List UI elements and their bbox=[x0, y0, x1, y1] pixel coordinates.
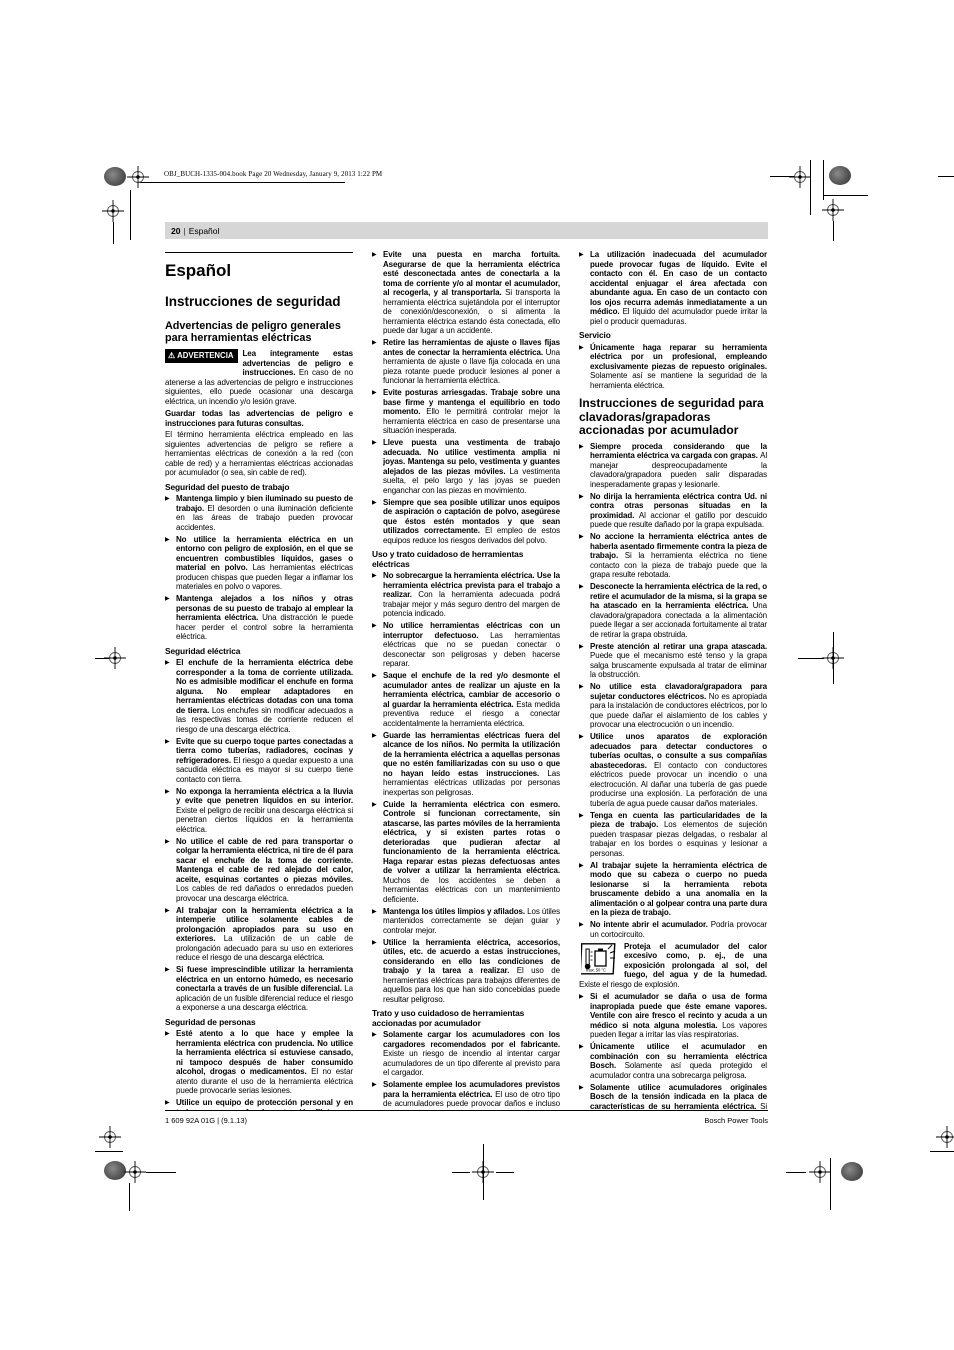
paragraph-heading: Seguridad eléctrica bbox=[165, 647, 353, 657]
section-title: Instrucciones de seguridad para clavador… bbox=[579, 397, 767, 438]
book-header-rule bbox=[137, 182, 345, 183]
bullet-triangle-icon: ▶ bbox=[165, 658, 170, 668]
safety-bullet: ▶Guarde las herramientas eléctricas fuer… bbox=[372, 731, 560, 798]
safety-bullet: ▶Evite que su cuerpo toque partes conect… bbox=[165, 737, 353, 785]
crop-mark bbox=[930, 1151, 954, 1152]
crop-mark bbox=[452, 1172, 470, 1173]
safety-bullet: ▶No utilice el cable de red para transpo… bbox=[165, 837, 353, 904]
svg-text:max. 50 °C: max. 50 °C bbox=[586, 967, 606, 972]
bullet-triangle-icon: ▶ bbox=[165, 906, 170, 916]
bullet-triangle-icon: ▶ bbox=[165, 737, 170, 747]
safety-bullet: ▶No utilice esta clavadora/grapadora par… bbox=[579, 682, 767, 730]
warning-paragraph: ⚠ADVERTENCIALea íntegramente estas adver… bbox=[165, 349, 353, 406]
section-title: Instrucciones de seguridad bbox=[165, 294, 353, 309]
safety-bullet: ▶Retire las herramientas de ajuste o lla… bbox=[372, 338, 560, 386]
page-language: Español bbox=[189, 226, 220, 236]
manual-page: OBJ_BUCH-1335-004.book Page 20 Wednesday… bbox=[0, 0, 954, 1350]
crop-mark bbox=[824, 195, 868, 196]
safety-bullet: ▶Mantenga los útiles limpios y afilados.… bbox=[372, 907, 560, 936]
safety-bullet: ▶Utilice la herramienta eléctrica, acces… bbox=[372, 938, 560, 1005]
registration-target-icon bbox=[99, 1126, 121, 1148]
bullet-triangle-icon: ▶ bbox=[165, 535, 170, 545]
safety-bullet: ▶Únicamente haga reparar su herramienta … bbox=[579, 343, 767, 391]
battery-heat-warning-icon: max. 50 °C bbox=[581, 943, 619, 978]
color-control-blob-icon bbox=[104, 167, 126, 186]
column-left: EspañolInstrucciones de seguridadAdverte… bbox=[165, 250, 353, 1110]
bullet-triangle-icon: ▶ bbox=[165, 494, 170, 504]
safety-bullet: ▶El enchufe de la herramienta eléctrica … bbox=[165, 658, 353, 734]
battery-warning-paragraph: max. 50 °C Proteja el acumulador del cal… bbox=[579, 942, 767, 990]
paragraph-heading: Servicio bbox=[579, 331, 767, 341]
bullet-triangle-icon: ▶ bbox=[579, 642, 584, 652]
crop-mark bbox=[95, 1151, 123, 1152]
bullet-triangle-icon: ▶ bbox=[579, 442, 584, 452]
bullet-triangle-icon: ▶ bbox=[579, 492, 584, 502]
bullet-triangle-icon: ▶ bbox=[372, 671, 377, 681]
column-middle: ▶Evite una puesta en marcha fortuita. As… bbox=[372, 250, 560, 1110]
bullet-triangle-icon: ▶ bbox=[372, 388, 377, 398]
crop-mark bbox=[833, 221, 834, 241]
bullet-triangle-icon: ▶ bbox=[372, 498, 377, 508]
safety-bullet: ▶La utilización inadecuada del acumulado… bbox=[579, 250, 767, 326]
safety-bullet: ▶Esté atento a lo que hace y emplee la h… bbox=[165, 1029, 353, 1096]
registration-target-icon bbox=[936, 1126, 954, 1148]
safety-bullet: ▶Si fuese imprescindible utilizar la her… bbox=[165, 965, 353, 1013]
safety-bullet: ▶No sobrecargue la herramienta eléctrica… bbox=[372, 571, 560, 619]
registration-target-icon bbox=[102, 200, 124, 222]
crop-mark bbox=[833, 632, 834, 684]
bullet-triangle-icon: ▶ bbox=[372, 250, 377, 260]
color-control-blob-icon bbox=[829, 166, 851, 185]
bullet-triangle-icon: ▶ bbox=[372, 907, 377, 917]
subsection-title: Advertencias de peligro generales para h… bbox=[165, 320, 353, 344]
safety-bullet: ▶Utilice un equipo de protección persona… bbox=[165, 1098, 353, 1110]
bullet-triangle-icon: ▶ bbox=[165, 1098, 170, 1108]
crop-mark bbox=[810, 160, 811, 215]
color-control-blob-icon bbox=[841, 1162, 863, 1181]
registration-target-icon bbox=[124, 1161, 146, 1183]
bullet-triangle-icon: ▶ bbox=[579, 1042, 584, 1052]
bullet-triangle-icon: ▶ bbox=[579, 532, 584, 542]
footer-rule bbox=[165, 1110, 768, 1111]
bullet-triangle-icon: ▶ bbox=[372, 338, 377, 348]
bullet-triangle-icon: ▶ bbox=[579, 343, 584, 353]
safety-bullet: ▶Lleve puesta una vestimenta de trabajo … bbox=[372, 438, 560, 495]
footer-brand: Bosch Power Tools bbox=[704, 1116, 768, 1125]
safety-bullet: ▶No intente abrir el acumulador. Podría … bbox=[579, 920, 767, 939]
safety-bullet: ▶Solamente cargar los acumuladores con l… bbox=[372, 1030, 560, 1078]
safety-bullet: ▶Cuide la herramienta eléctrica con esme… bbox=[372, 800, 560, 905]
bullet-triangle-icon: ▶ bbox=[372, 800, 377, 810]
crop-mark bbox=[823, 160, 824, 200]
safety-bullet: ▶Solamente emplee los acumuladores previ… bbox=[372, 1080, 560, 1110]
registration-target-icon bbox=[127, 166, 149, 188]
column-right: ▶La utilización inadecuada del acumulado… bbox=[579, 250, 767, 1110]
page-number-bar: 20 | Español bbox=[165, 222, 768, 239]
safety-bullet: ▶Mantenga limpio y bien iluminado su pue… bbox=[165, 494, 353, 532]
safety-bullet: ▶No exponga la herramienta eléctrica a l… bbox=[165, 787, 353, 835]
safety-bullet: ▶Únicamente utilice el acumulador en com… bbox=[579, 1042, 767, 1080]
safety-bullet: ▶Saque el enchufe de la red y/o desmonte… bbox=[372, 671, 560, 728]
crop-mark bbox=[146, 1172, 176, 1173]
safety-bullet: ▶Desconecte la herramienta eléctrica de … bbox=[579, 582, 767, 639]
safety-bullet: ▶Al trabajar sujete la herramienta eléct… bbox=[579, 861, 767, 918]
bullet-triangle-icon: ▶ bbox=[165, 837, 170, 847]
safety-bullet: ▶Tenga en cuenta las particularidades de… bbox=[579, 811, 767, 859]
registration-target-icon bbox=[789, 166, 811, 188]
bold-paragraph: Guardar todas las advertencias de peligr… bbox=[165, 409, 353, 428]
bullet-triangle-icon: ▶ bbox=[165, 594, 170, 604]
registration-target-icon bbox=[809, 1161, 831, 1183]
bullet-triangle-icon: ▶ bbox=[579, 732, 584, 742]
body-paragraph: El término herramienta eléctrica emplead… bbox=[165, 430, 353, 478]
bullet-triangle-icon: ▶ bbox=[579, 992, 584, 1002]
crop-mark bbox=[129, 1183, 130, 1211]
safety-bullet: ▶Al trabajar con la herramienta eléctric… bbox=[165, 906, 353, 963]
safety-bullet: ▶Preste atención al retirar una grapa at… bbox=[579, 642, 767, 680]
section-rule bbox=[165, 252, 353, 253]
crop-mark bbox=[798, 658, 824, 659]
safety-bullet: ▶Solamente utilice acumuladores original… bbox=[579, 1083, 767, 1111]
bullet-triangle-icon: ▶ bbox=[579, 811, 584, 821]
safety-bullet: ▶No accione la herramienta eléctrica ant… bbox=[579, 532, 767, 580]
footer-document-code: 1 609 92A 01G | (9.1.13) bbox=[165, 1116, 247, 1125]
registration-target-icon bbox=[822, 199, 844, 221]
crop-mark bbox=[483, 1144, 484, 1200]
crop-mark bbox=[830, 1158, 831, 1210]
warning-box: ⚠ADVERTENCIA bbox=[165, 349, 238, 369]
warning-label: ⚠ADVERTENCIA bbox=[165, 349, 238, 363]
bullet-triangle-icon: ▶ bbox=[165, 1029, 170, 1039]
bullet-triangle-icon: ▶ bbox=[372, 621, 377, 631]
bullet-triangle-icon: ▶ bbox=[579, 1083, 584, 1093]
bullet-triangle-icon: ▶ bbox=[372, 1080, 377, 1090]
safety-bullet: ▶No utilice la herramienta eléctrica en … bbox=[165, 535, 353, 592]
bullet-triangle-icon: ▶ bbox=[372, 571, 377, 581]
crop-mark bbox=[496, 1172, 514, 1173]
bullet-triangle-icon: ▶ bbox=[579, 250, 584, 260]
language-title: Español bbox=[165, 261, 353, 280]
paragraph-heading: Seguridad de personas bbox=[165, 1018, 353, 1028]
content-columns: EspañolInstrucciones de seguridadAdverte… bbox=[165, 250, 768, 1110]
color-control-blob-icon bbox=[104, 1161, 126, 1180]
safety-bullet: ▶No utilice herramientas eléctricas con … bbox=[372, 621, 560, 669]
safety-bullet: ▶Si el acumulador se daña o usa de forma… bbox=[579, 992, 767, 1040]
crop-mark bbox=[95, 658, 109, 659]
crop-mark bbox=[113, 222, 114, 244]
safety-bullet: ▶No dirija la herramienta eléctrica cont… bbox=[579, 492, 767, 530]
crop-mark bbox=[130, 190, 131, 240]
page-bar-separator: | bbox=[183, 226, 185, 236]
crop-mark bbox=[786, 1172, 806, 1173]
bullet-triangle-icon: ▶ bbox=[372, 1030, 377, 1040]
bullet-triangle-icon: ▶ bbox=[579, 682, 584, 692]
paragraph-heading: Trato y uso cuidadoso de herramientas ac… bbox=[372, 1009, 560, 1028]
bullet-triangle-icon: ▶ bbox=[165, 787, 170, 797]
safety-bullet: ▶Siempre que sea posible utilizar unos e… bbox=[372, 498, 560, 546]
safety-bullet: ▶Evite una puesta en marcha fortuita. As… bbox=[372, 250, 560, 336]
bullet-triangle-icon: ▶ bbox=[579, 582, 584, 592]
safety-bullet: ▶Siempre proceda considerando que la her… bbox=[579, 442, 767, 490]
bullet-triangle-icon: ▶ bbox=[372, 731, 377, 741]
bullet-triangle-icon: ▶ bbox=[579, 920, 584, 930]
warning-triangle-icon: ⚠ bbox=[168, 352, 175, 360]
paragraph-heading: Seguridad del puesto de trabajo bbox=[165, 483, 353, 493]
crop-mark bbox=[938, 176, 954, 177]
safety-bullet: ▶Evite posturas arriesgadas. Trabaje sob… bbox=[372, 388, 560, 436]
bullet-triangle-icon: ▶ bbox=[372, 938, 377, 948]
bullet-triangle-icon: ▶ bbox=[165, 965, 170, 975]
safety-bullet: ▶Utilice unos aparatos de exploración ad… bbox=[579, 732, 767, 808]
page-number: 20 bbox=[171, 226, 180, 236]
bullet-triangle-icon: ▶ bbox=[372, 438, 377, 448]
book-header-line: OBJ_BUCH-1335-004.book Page 20 Wednesday… bbox=[164, 170, 382, 178]
safety-bullet: ▶Mantenga alejados a los niños y otras p… bbox=[165, 594, 353, 642]
bullet-triangle-icon: ▶ bbox=[579, 861, 584, 871]
paragraph-heading: Uso y trato cuidadoso de herramientas el… bbox=[372, 550, 560, 569]
